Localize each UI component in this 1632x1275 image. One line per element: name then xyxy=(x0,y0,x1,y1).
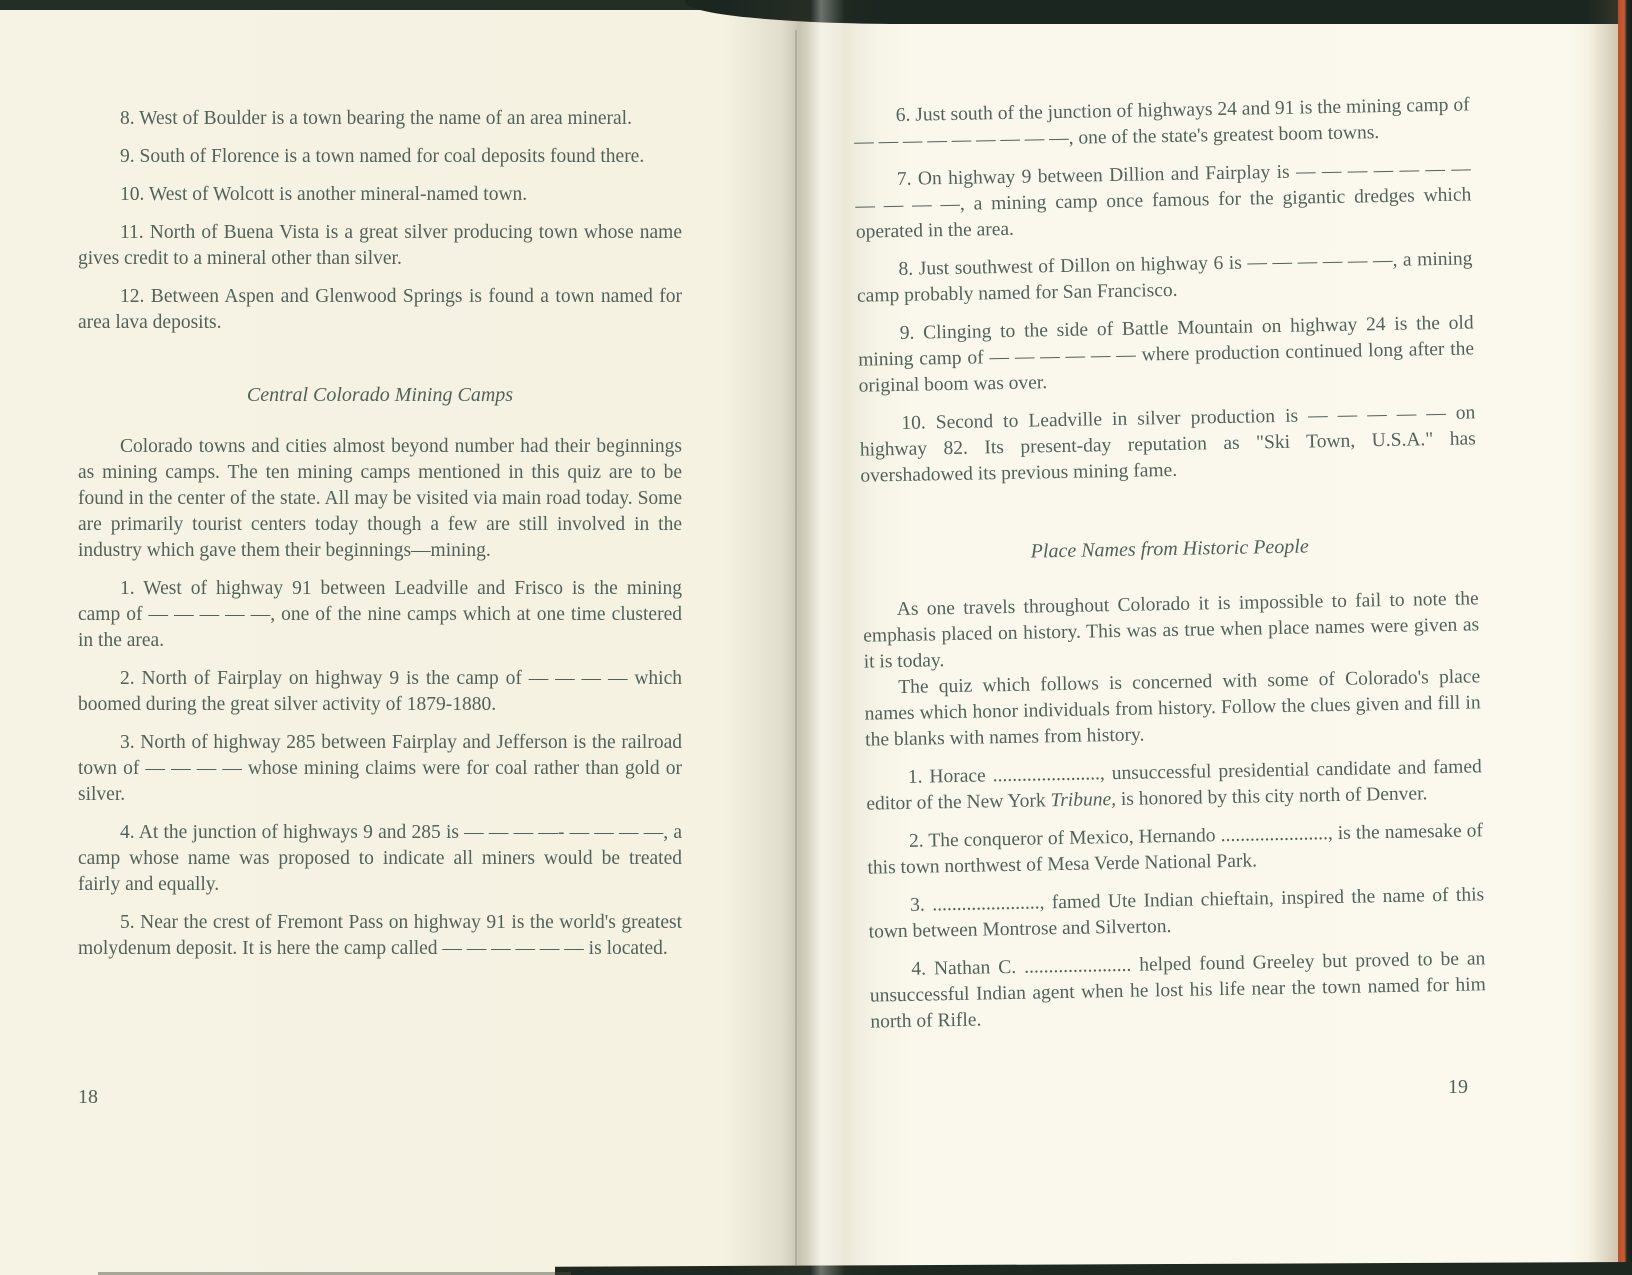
history-item-2-cortez: 2. The conqueror of Mexico, Hernando ...… xyxy=(867,818,1484,881)
quiz-item-4-mining: 4. At the junction of highways 9 and 285… xyxy=(78,820,682,898)
section-heading-mining-camps: Central Colorado Mining Camps xyxy=(78,382,682,408)
history-item-1-greeley: 1. Horace ......................, unsucc… xyxy=(866,754,1483,817)
quiz-item-8-minerals: 8. West of Boulder is a town bearing the… xyxy=(78,106,682,132)
right-page: 6. Just south of the junction of highway… xyxy=(853,80,1486,1047)
quiz-item-8-mining: 8. Just southwest of Dillon on highway 6… xyxy=(856,246,1473,309)
open-book-spread: 8. West of Boulder is a town bearing the… xyxy=(0,0,1632,1275)
book-cover-right-spine xyxy=(1618,0,1632,1275)
quiz-item-1-mining: 1. West of highway 91 between Leadville … xyxy=(78,576,682,654)
history-item-1-tribune-italic: Tribune, xyxy=(1050,789,1116,811)
quiz-item-2-mining: 2. North of Fairplay on highway 9 is the… xyxy=(78,666,682,718)
quiz-item-7-mining: 7. On highway 9 between Dillion and Fair… xyxy=(855,156,1472,245)
page-number-19: 19 xyxy=(1448,1076,1468,1099)
historic-people-intro-2: The quiz which follows is concerned with… xyxy=(864,664,1481,753)
quiz-item-10-minerals: 10. West of Wolcott is another mineral-n… xyxy=(78,182,682,208)
quiz-item-9-minerals: 9. South of Florence is a town named for… xyxy=(78,144,682,170)
quiz-item-6-mining: 6. Just south of the junction of highway… xyxy=(854,92,1471,155)
quiz-item-5-mining: 5. Near the crest of Fremont Pass on hig… xyxy=(78,910,682,962)
mining-camps-intro: Colorado towns and cities almost beyond … xyxy=(78,434,682,564)
page-gutter-crease xyxy=(795,30,797,1265)
quiz-item-12-minerals: 12. Between Aspen and Glenwood Springs i… xyxy=(78,284,682,336)
book-cover-top-edge-left xyxy=(0,0,751,10)
history-item-4-meeker: 4. Nathan C. ...................... help… xyxy=(869,946,1486,1035)
section-heading-historic-people: Place Names from Historic People xyxy=(862,530,1478,567)
quiz-item-9-mining: 9. Clinging to the side of Battle Mounta… xyxy=(858,310,1475,399)
quiz-item-11-minerals: 11. North of Buena Vista is a great silv… xyxy=(78,220,682,272)
history-item-1-post: is honored by this city north of Denver. xyxy=(1116,783,1428,810)
history-item-3-ouray: 3. ......................, famed Ute Ind… xyxy=(868,882,1485,945)
book-cover-bottom-edge xyxy=(555,1262,1632,1275)
page-number-18: 18 xyxy=(78,1086,98,1109)
left-page: 8. West of Boulder is a town bearing the… xyxy=(78,94,682,974)
right-page-edge-shadow xyxy=(1588,0,1618,1275)
quiz-item-10-mining: 10. Second to Leadville in silver produc… xyxy=(859,400,1476,489)
historic-people-intro-1: As one travels throughout Colorado it is… xyxy=(863,586,1480,675)
quiz-item-3-mining: 3. North of highway 285 between Fairplay… xyxy=(78,730,682,808)
